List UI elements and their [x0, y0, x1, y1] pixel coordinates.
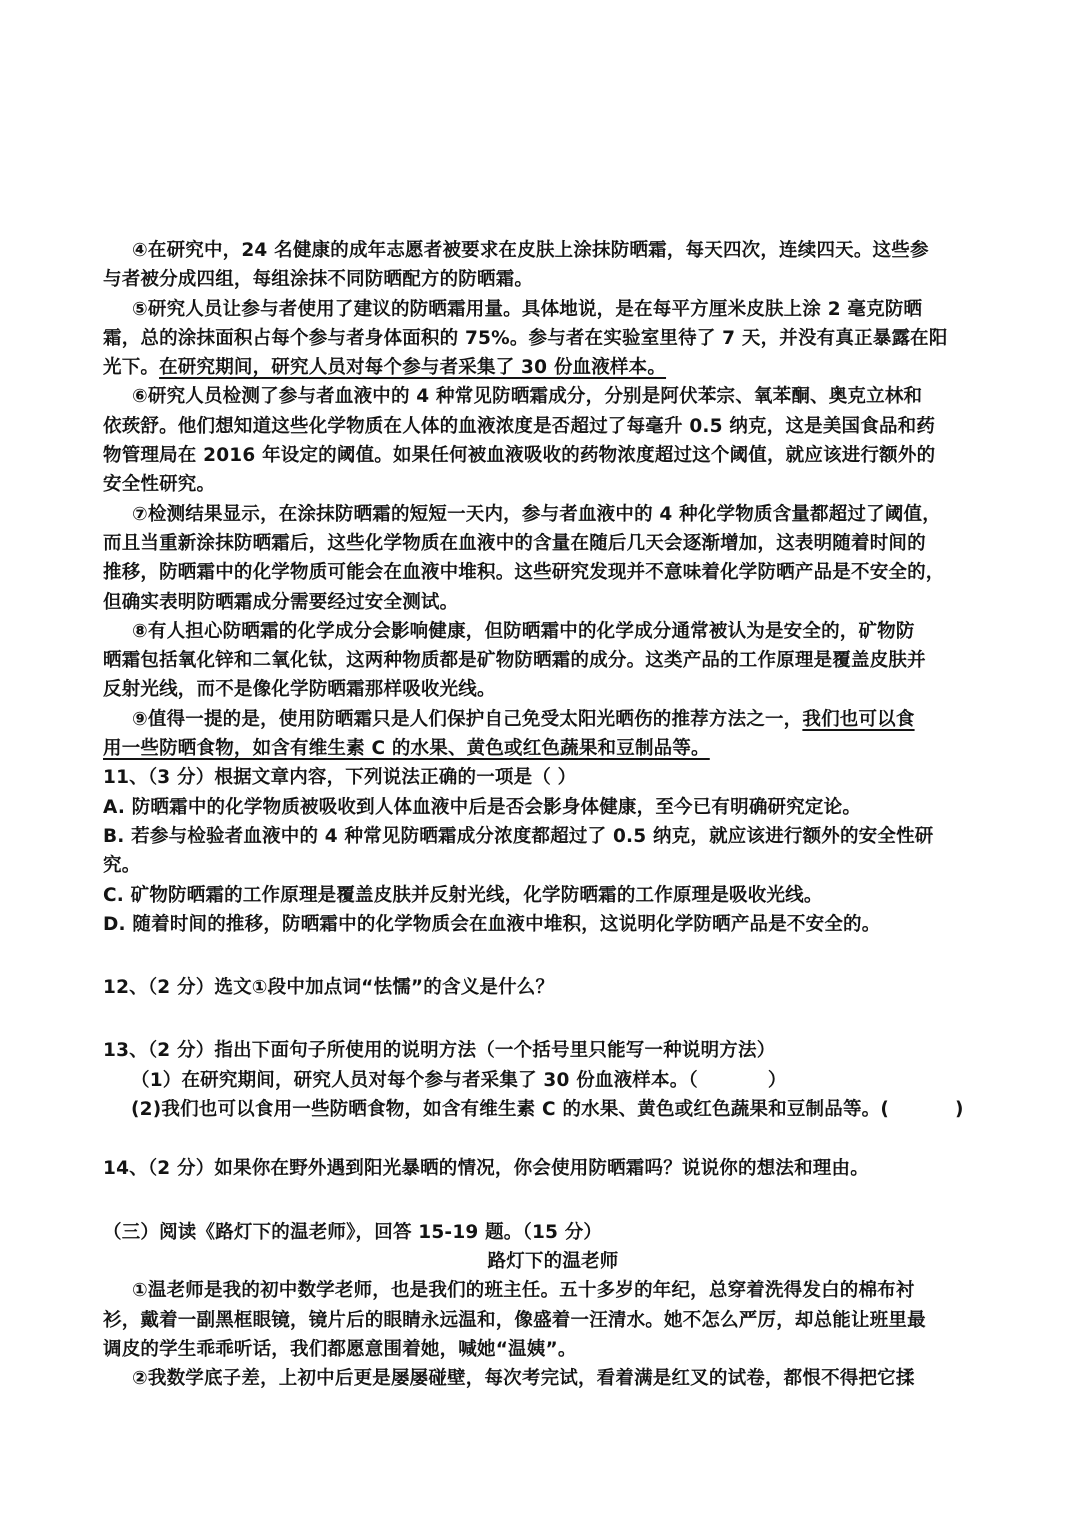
- text-line: ⑥研究人员检测了参与者血液中的 4 种常见防晒霜成分，分别是阿伏苯宗、氧苯酮、奥…: [103, 382, 973, 411]
- section-3: （三）阅读《路灯下的温老师》，回答 15-19 题。（15 分） 路灯下的温老师…: [103, 1218, 973, 1394]
- text-line: 用一些防晒食物，如含有维生素 C 的水果、黄色或红色蔬果和豆制品等。: [103, 734, 973, 763]
- text-line: ⑤研究人员让参与者使用了建议的防晒霜用量。具体地说，是在每平方厘米皮肤上涂 2 …: [103, 295, 973, 324]
- question-stem: 11、（3 分）根据文章内容，下列说法正确的一项是（ ）: [103, 763, 973, 792]
- question-14: 14、（2 分）如果你在野外遇到阳光暴晒的情况，你会使用防晒霜吗？说说你的想法和…: [103, 1154, 973, 1183]
- question-stem: 12、（2 分）选文①段中加点词“怯懦”的含义是什么？: [103, 973, 973, 1002]
- question-12: 12、（2 分）选文①段中加点词“怯懦”的含义是什么？: [103, 973, 973, 1002]
- sub-question-1: （1）在研究期间，研究人员对每个参与者采集了 30 份血液样本。（）: [103, 1066, 973, 1095]
- close-paren: ): [955, 1099, 964, 1120]
- paragraph-4: ④在研究中，24 名健康的成年志愿者被要求在皮肤上涂抹防晒霜，每天四次，连续四天…: [103, 236, 973, 295]
- sub-question-2: (2)我们也可以食用一些防晒食物，如含有维生素 C 的水果、黄色或红色蔬果和豆制…: [103, 1095, 973, 1124]
- text-line: 而且当重新涂抹防晒霜后，这些化学物质在血液中的含量在随后几天会逐渐增加，这表明随…: [103, 529, 973, 558]
- text-line: 物管理局在 2016 年设定的阈值。如果任何被血液吸收的药物浓度超过这个阈值，就…: [103, 441, 973, 470]
- exam-page: ④在研究中，24 名健康的成年志愿者被要求在皮肤上涂抹防晒霜，每天四次，连续四天…: [103, 236, 973, 1393]
- question-stem: 14、（2 分）如果你在野外遇到阳光暴晒的情况，你会使用防晒霜吗？说说你的想法和…: [103, 1154, 973, 1183]
- text-line: 推移，防晒霜中的化学物质可能会在血液中堆积。这些研究发现并不意味着化学防晒产品是…: [103, 558, 973, 587]
- text-plain: ⑨值得一提的是，使用防晒霜只是人们保护自己免受太阳光晒伤的推荐方法之一，: [132, 709, 802, 730]
- option-b-cont: 究。: [103, 851, 973, 880]
- option-d: D. 随着时间的推移，防晒霜中的化学物质会在血液中堆积，这说明化学防晒产品是不安…: [103, 910, 973, 939]
- text-line: 反射光线，而不是像化学防晒霜那样吸收光线。: [103, 675, 973, 704]
- text-plain: 光下。: [103, 357, 159, 378]
- text-line: ⑦检测结果显示，在涂抹防晒霜的短短一天内，参与者血液中的 4 种化学物质含量都超…: [103, 500, 973, 529]
- text-line: 霜，总的涂抹面积占每个参与者身体面积的 75%。参与者在实验室里待了 7 天，并…: [103, 324, 973, 353]
- option-c: C. 矿物防晒霜的工作原理是覆盖皮肤并反射光线，化学防晒霜的工作原理是吸收光线。: [103, 881, 973, 910]
- text-line: 与者被分成四组，每组涂抹不同防晒配方的防晒霜。: [103, 265, 973, 294]
- text-line: ②我数学底子差，上初中后更是屡屡碰壁，每次考完试，看着满是红叉的试卷，都恨不得把…: [103, 1364, 973, 1393]
- answer-space: [103, 1124, 973, 1154]
- option-b: B. 若参与检验者血液中的 4 种常见防晒霜成分浓度都超过了 0.5 纳克，就应…: [103, 822, 973, 851]
- answer-space: [103, 1002, 973, 1036]
- question-13: 13、（2 分）指出下面句子所使用的说明方法（一个括号里只能写一种说明方法） （…: [103, 1036, 973, 1124]
- question-stem: 13、（2 分）指出下面句子所使用的说明方法（一个括号里只能写一种说明方法）: [103, 1036, 973, 1065]
- text-line: 衫，戴着一副黑框眼镜，镜片后的眼睛永远温和，像盛着一汪清水。她不怎么严厉，却总能…: [103, 1306, 973, 1335]
- text-line: 光下。在研究期间，研究人员对每个参与者采集了 30 份血液样本。: [103, 353, 973, 382]
- text-line: 但确实表明防晒霜成分需要经过安全测试。: [103, 588, 973, 617]
- underlined-sentence: 在研究期间，研究人员对每个参与者采集了 30 份血液样本。: [159, 357, 666, 378]
- sub-question-text: (2)我们也可以食用一些防晒食物，如含有维生素 C 的水果、黄色或红色蔬果和豆制…: [131, 1099, 889, 1120]
- text-line: ①温老师是我的初中数学老师，也是我们的班主任。五十多岁的年纪，总穿着洗得发白的棉…: [103, 1276, 973, 1305]
- text-line: 安全性研究。: [103, 470, 973, 499]
- section-heading: （三）阅读《路灯下的温老师》，回答 15-19 题。（15 分）: [103, 1218, 973, 1247]
- paragraph-9: ⑨值得一提的是，使用防晒霜只是人们保护自己免受太阳光晒伤的推荐方法之一，我们也可…: [103, 705, 973, 764]
- paragraph-8: ⑧有人担心防晒霜的化学成分会影响健康，但防晒霜中的化学成分通常被认为是安全的，矿…: [103, 617, 973, 705]
- close-paren: ）: [768, 1070, 787, 1091]
- sub-question-text: （1）在研究期间，研究人员对每个参与者采集了 30 份血液样本。（: [131, 1070, 698, 1091]
- text-line: ④在研究中，24 名健康的成年志愿者被要求在皮肤上涂抹防晒霜，每天四次，连续四天…: [103, 236, 973, 265]
- answer-space: [103, 1184, 973, 1218]
- text-line: ⑧有人担心防晒霜的化学成分会影响健康，但防晒霜中的化学成分通常被认为是安全的，矿…: [103, 617, 973, 646]
- paragraph-7: ⑦检测结果显示，在涂抹防晒霜的短短一天内，参与者血液中的 4 种化学物质含量都超…: [103, 500, 973, 617]
- underlined-sentence: 用一些防晒食物，如含有维生素 C 的水果、黄色或红色蔬果和豆制品等。: [103, 738, 710, 759]
- question-11: 11、（3 分）根据文章内容，下列说法正确的一项是（ ） A. 防晒霜中的化学物…: [103, 763, 973, 939]
- text-line: ⑨值得一提的是，使用防晒霜只是人们保护自己免受太阳光晒伤的推荐方法之一，我们也可…: [103, 705, 973, 734]
- answer-space: [103, 939, 973, 973]
- paragraph-6: ⑥研究人员检测了参与者血液中的 4 种常见防晒霜成分，分别是阿伏苯宗、氧苯酮、奥…: [103, 382, 973, 499]
- passage-title: 路灯下的温老师: [103, 1247, 973, 1276]
- underlined-sentence: 我们也可以食: [802, 709, 914, 730]
- paragraph-5: ⑤研究人员让参与者使用了建议的防晒霜用量。具体地说，是在每平方厘米皮肤上涂 2 …: [103, 295, 973, 383]
- text-line: 依莰舒。他们想知道这些化学物质在人体的血液浓度是否超过了每毫升 0.5 纳克，这…: [103, 412, 973, 441]
- text-line: 调皮的学生乖乖听话，我们都愿意围着她，喊她“温姨”。: [103, 1335, 973, 1364]
- text-line: 晒霜包括氧化锌和二氧化钛，这两种物质都是矿物防晒霜的成分。这类产品的工作原理是覆…: [103, 646, 973, 675]
- option-a: A. 防晒霜中的化学物质被吸收到人体血液中后是否会影身体健康，至今已有明确研究定…: [103, 793, 973, 822]
